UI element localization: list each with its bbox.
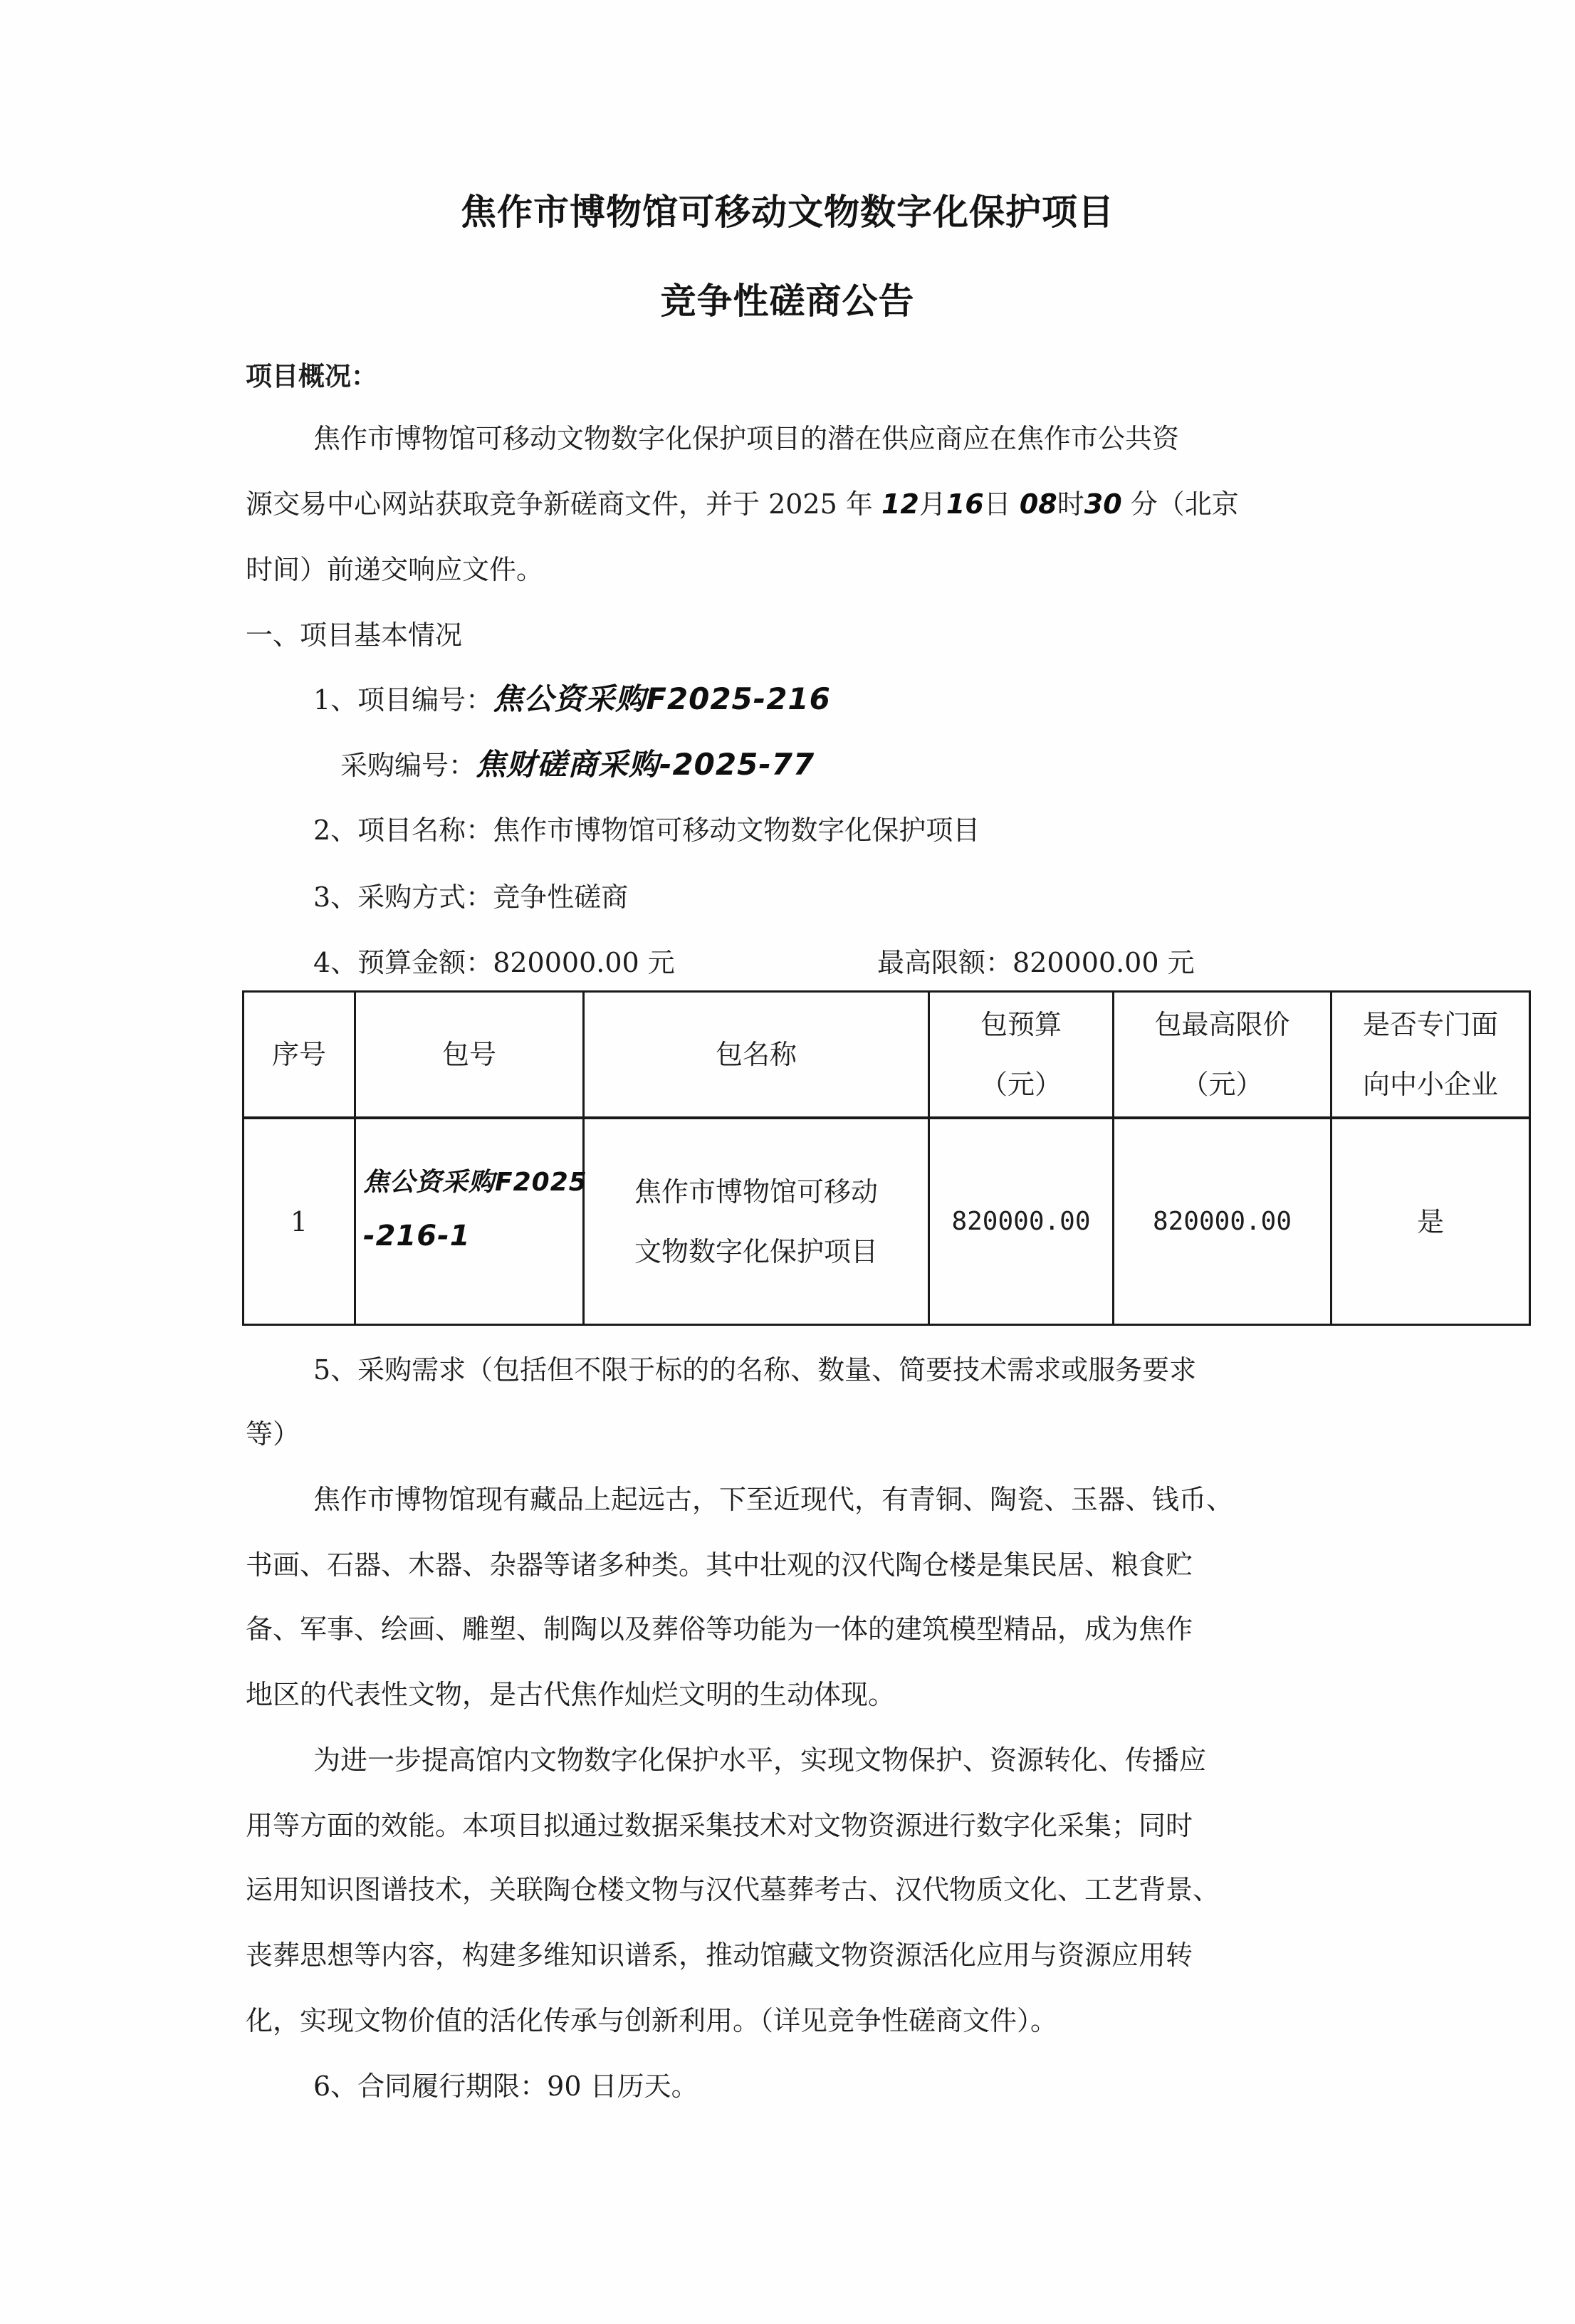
hour-label: 时 xyxy=(1057,488,1084,520)
overview-line2-suffix: 分（北京 xyxy=(1122,488,1239,520)
project-number-label: 1、项目编号： xyxy=(313,684,493,716)
section1-heading: 一、项目基本情况 xyxy=(246,618,462,652)
header-index: 序号 xyxy=(244,993,354,1116)
contract-period: 6、合同履行期限：90 日历天。 xyxy=(313,2069,698,2103)
item5-heading-line-1: 5、采购需求（包括但不限于标的的名称、数量、简要技术需求或服务要求 xyxy=(313,1353,1196,1387)
item5-p2-line-4: 丧葬思想等内容，构建多维知识谱系，推动馆藏文物资源活化应用与资源应用转 xyxy=(246,1938,1193,1972)
item5-p1-line-2: 书画、石器、木器、杂器等诸多种类。其中壮观的汉代陶仓楼是集民居、粮食贮 xyxy=(246,1548,1193,1582)
overview-heading: 项目概况： xyxy=(246,360,377,394)
document-title: 焦作市博物馆可移动文物数字化保护项目 xyxy=(0,184,1575,235)
item5-p2-line-2: 用等方面的效能。本项目拟通过数据采集技术对文物资源进行数字化采集；同时 xyxy=(246,1809,1193,1843)
row-index: 1 xyxy=(244,1119,354,1324)
max-limit-label: 最高限额： xyxy=(877,947,1012,978)
item5-p1-line-1: 焦作市博物馆现有藏品上起远古，下至近现代，有青铜、陶瓷、玉器、钱币、 xyxy=(313,1482,1233,1517)
item5-p2-line-5: 化，实现文物价值的活化传承与创新利用。（详见竞争性磋商文件）。 xyxy=(246,2004,1057,2038)
overview-paragraph-line-1: 焦作市博物馆可移动文物数字化保护项目的潜在供应商应在焦作市公共资 xyxy=(313,422,1179,456)
item5-p2-line-1: 为进一步提高馆内文物数字化保护水平，实现文物保护、资源转化、传播应 xyxy=(313,1743,1206,1777)
procurement-number-label: 采购编号： xyxy=(340,750,476,781)
overview-line2-prefix: 源交易中心网站获取竞争新磋商文件，并于 2025 年 xyxy=(246,488,881,520)
deadline-month: 12 xyxy=(881,488,919,520)
item5-heading-line-2: 等） xyxy=(246,1417,300,1451)
procurement-method-label: 3、采购方式： xyxy=(313,881,493,913)
overview-paragraph-line-3: 时间）前递交响应文件。 xyxy=(246,553,543,587)
row-max-price: 820000.00 xyxy=(1114,1119,1330,1324)
budget-value: 820000.00 元 xyxy=(493,947,675,978)
project-name-label: 2、项目名称： xyxy=(313,815,493,846)
header-package-max-price: 包最高限价 （元） xyxy=(1114,993,1330,1116)
document-page: 焦作市博物馆可移动文物数字化保护项目 竞争性磋商公告 项目概况： 焦作市博物馆可… xyxy=(0,0,1575,2324)
item5-p1-line-4: 地区的代表性文物，是古代焦作灿烂文明的生动体现。 xyxy=(246,1677,895,1712)
row-sme-only: 是 xyxy=(1332,1119,1529,1324)
row-package-no: 焦公资采购F2025 -216-1 xyxy=(356,1119,582,1324)
overview-paragraph-line-2: 源交易中心网站获取竞争新磋商文件，并于 2025 年 12月16日 08时30 … xyxy=(246,487,1239,521)
project-number-row: 1、项目编号：焦公资采购F2025-216 xyxy=(313,682,831,717)
row-package-name: 焦作市博物馆可移动 文物数字化保护项目 xyxy=(585,1119,928,1324)
header-package-budget: 包预算 （元） xyxy=(930,993,1112,1116)
max-limit-value: 820000.00 元 xyxy=(1012,947,1195,978)
procurement-method-value: 竞争性磋商 xyxy=(493,881,628,913)
header-package-no: 包号 xyxy=(356,993,582,1116)
budget-row: 4、预算金额：820000.00 元 xyxy=(313,946,675,980)
item5-p1-line-3: 备、军事、绘画、雕塑、制陶以及葬俗等功能为一体的建筑模型精品，成为焦作 xyxy=(246,1612,1193,1646)
procurement-number-value: 焦财磋商采购-2025-77 xyxy=(476,747,815,782)
project-name-row: 2、项目名称：焦作市博物馆可移动文物数字化保护项目 xyxy=(313,813,980,847)
deadline-day: 16 xyxy=(946,488,984,520)
project-name-value: 焦作市博物馆可移动文物数字化保护项目 xyxy=(493,815,980,846)
month-label: 月 xyxy=(919,488,946,520)
procurement-number-row: 采购编号：焦财磋商采购-2025-77 xyxy=(340,748,815,782)
item5-p2-line-3: 运用知识图谱技术，关联陶仓楼文物与汉代墓葬考古、汉代物质文化、工艺背景、 xyxy=(246,1873,1220,1907)
budget-label: 4、预算金额： xyxy=(313,947,493,978)
header-package-name: 包名称 xyxy=(585,993,928,1116)
row-budget: 820000.00 xyxy=(930,1119,1112,1324)
package-table: 序号 包号 包名称 包预算 （元） 包最高限价 （元） 是否专门面 向中小企业 … xyxy=(242,990,1531,1326)
day-label: 日 xyxy=(984,488,1020,520)
document-subtitle: 竞争性磋商公告 xyxy=(0,273,1575,324)
deadline-minute: 30 xyxy=(1084,488,1122,520)
deadline-hour: 08 xyxy=(1020,488,1057,520)
procurement-method-row: 3、采购方式：竞争性磋商 xyxy=(313,880,628,914)
header-sme-only: 是否专门面 向中小企业 xyxy=(1332,993,1529,1116)
project-number-value: 焦公资采购F2025-216 xyxy=(493,681,831,716)
max-limit-row: 最高限额：820000.00 元 xyxy=(877,946,1195,980)
